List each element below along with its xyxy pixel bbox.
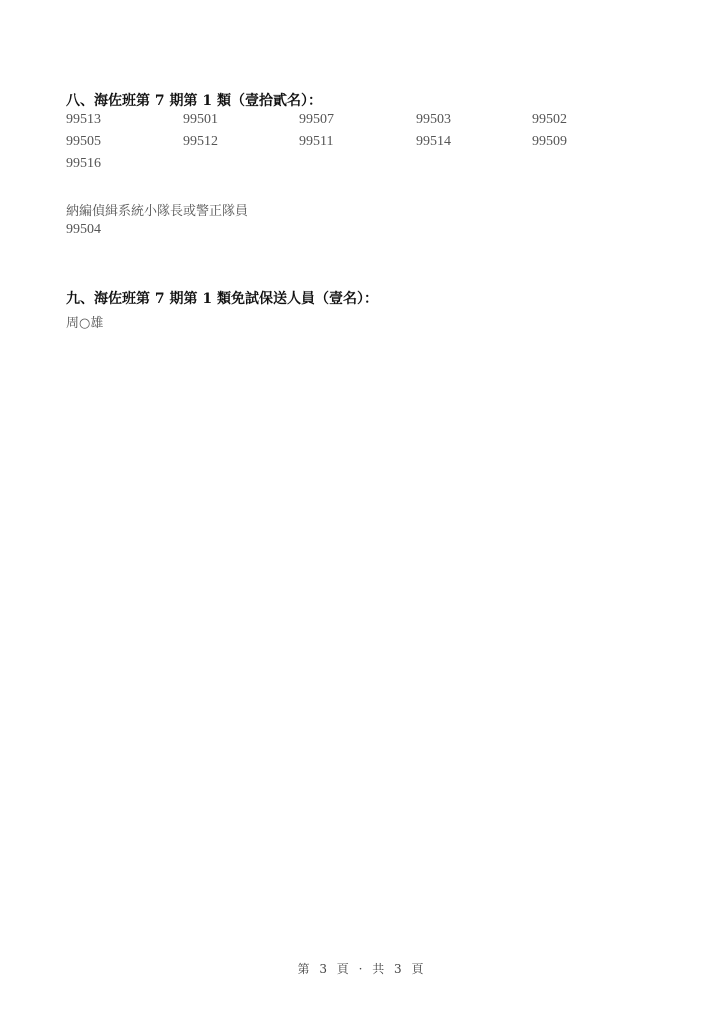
id-cell: 99507 [299, 112, 334, 128]
id-cell: 99514 [416, 134, 451, 150]
section-9-heading: 九、海佐班第 7 期第 1 類免試保送人員（壹名）： [66, 288, 378, 308]
id-cell: 99505 [66, 134, 101, 150]
section-9-value: 周○雄 [66, 312, 103, 331]
id-cell: 99512 [183, 134, 218, 150]
id-cell: 99511 [299, 134, 333, 150]
page-footer: 第 3 頁 · 共 3 頁 [0, 960, 724, 977]
id-cell: 99516 [66, 156, 101, 172]
section-8-heading: 八、海佐班第 7 期第 1 類（壹拾貳名）： [66, 90, 322, 110]
id-cell: 99501 [183, 112, 218, 128]
section-8-subvalue: 99504 [66, 222, 101, 238]
id-cell: 99509 [532, 134, 567, 150]
section-8-subheading: 納編偵緝系統小隊長或警正隊員 [66, 200, 248, 219]
id-cell: 99502 [532, 112, 567, 128]
id-cell: 99503 [416, 112, 451, 128]
id-cell: 99513 [66, 112, 101, 128]
